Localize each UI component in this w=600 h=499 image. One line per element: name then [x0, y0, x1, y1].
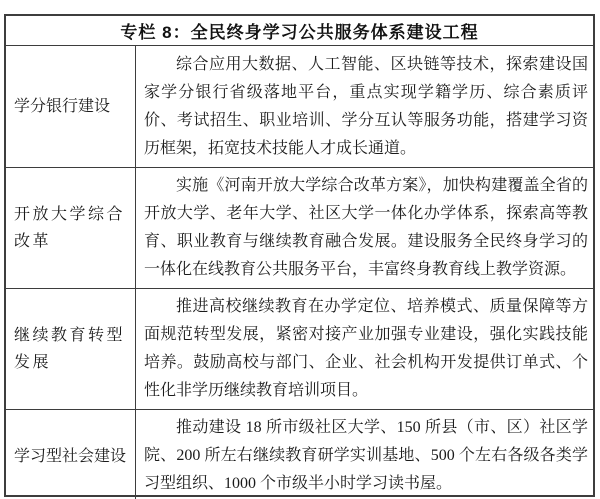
- row-label-cell: 开放大学综合 改革: [6, 168, 136, 288]
- table-row: 学习型社会建设 推动建设 18 所市级社区大学、150 所县（市、区）社区学院、…: [6, 410, 593, 499]
- row-label-cell: 继续教育转型 发展: [6, 289, 136, 409]
- table-title-row: 专栏 8：全民终身学习公共服务体系建设工程: [6, 16, 593, 46]
- row-content-cell: 综合应用大数据、人工智能、区块链等技术，探索建设国家学分银行省级落地平台，重点实…: [136, 46, 593, 167]
- row-content-cell: 推动建设 18 所市级社区大学、150 所县（市、区）社区学院、200 所左右继…: [136, 410, 593, 499]
- row-label: 学习型社会建设: [14, 443, 127, 470]
- row-content: 推动建设 18 所市级社区大学、150 所县（市、区）社区学院、200 所左右继…: [144, 414, 588, 498]
- table-title: 专栏 8：全民终身学习公共服务体系建设工程: [120, 18, 478, 43]
- table-row: 学分银行建设 综合应用大数据、人工智能、区块链等技术，探索建设国家学分银行省级落…: [6, 46, 593, 168]
- feature-box-table: 专栏 8：全民终身学习公共服务体系建设工程 学分银行建设 综合应用大数据、人工智…: [4, 14, 595, 497]
- table-row: 开放大学综合 改革 实施《河南开放大学综合改革方案》，加快构建覆盖全省的开放大学…: [6, 168, 593, 289]
- row-content: 实施《河南开放大学综合改革方案》，加快构建覆盖全省的开放大学、老年大学、社区大学…: [144, 172, 588, 284]
- document-page: 专栏 8：全民终身学习公共服务体系建设工程 学分银行建设 综合应用大数据、人工智…: [0, 0, 600, 499]
- row-label-cell: 学分银行建设: [6, 46, 136, 167]
- row-content: 综合应用大数据、人工智能、区块链等技术，探索建设国家学分银行省级落地平台，重点实…: [144, 51, 588, 163]
- row-content-cell: 推进高校继续教育在办学定位、培养模式、质量保障等方面规范转型发展，紧密对接产业加…: [136, 289, 593, 409]
- row-label: 学分银行建设: [14, 93, 127, 120]
- row-content-cell: 实施《河南开放大学综合改革方案》，加快构建覆盖全省的开放大学、老年大学、社区大学…: [136, 168, 593, 288]
- row-label: 开放大学综合 改革: [14, 201, 127, 255]
- table-row: 继续教育转型 发展 推进高校继续教育在办学定位、培养模式、质量保障等方面规范转型…: [6, 289, 593, 410]
- row-label: 继续教育转型 发展: [14, 322, 127, 376]
- row-content: 推进高校继续教育在办学定位、培养模式、质量保障等方面规范转型发展，紧密对接产业加…: [144, 293, 588, 405]
- row-label-cell: 学习型社会建设: [6, 410, 136, 499]
